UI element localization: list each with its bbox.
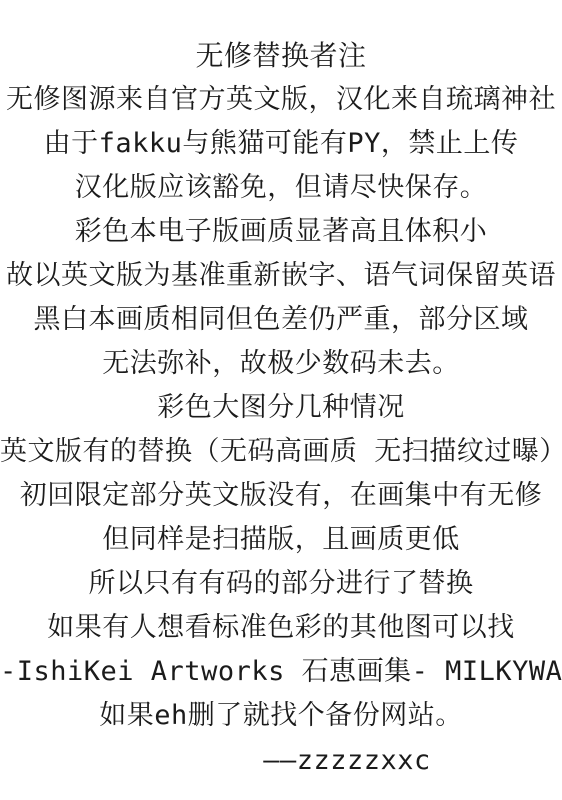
note-line: 彩色本电子版画质显著高且体积小 <box>0 210 562 254</box>
note-line: 彩色大图分几种情况 <box>0 386 562 430</box>
translator-note-page: 无修替换者注 无修图源来自官方英文版，汉化来自琉璃神社 由于fakku与熊猫可能… <box>0 0 562 800</box>
note-line: 所以只有有码的部分进行了替换 <box>0 562 562 606</box>
note-line: 但同样是扫描版，且画质更低 <box>0 518 562 562</box>
note-line: 无法弥补，故极少数码未去。 <box>0 342 562 386</box>
note-line: 汉化版应该豁免，但请尽快保存。 <box>0 166 562 210</box>
note-title: 无修替换者注 <box>0 34 562 78</box>
note-line: -IshiKei Artworks 石恵画集- MILKYWAY <box>0 650 562 694</box>
note-line: 由于fakku与熊猫可能有PY，禁止上传 <box>0 122 562 166</box>
note-line: 英文版有的替换（无码高画质 无扫描纹过曝） <box>0 430 562 474</box>
note-line: 无修图源来自官方英文版，汉化来自琉璃神社 <box>0 78 562 122</box>
note-line: 故以英文版为基准重新嵌字、语气词保留英语 <box>0 254 562 298</box>
note-line: 初回限定部分英文版没有，在画集中有无修 <box>0 474 562 518</box>
note-signature: ——zzzzzxxc <box>0 738 562 784</box>
note-line: 黑白本画质相同但色差仍严重，部分区域 <box>0 298 562 342</box>
note-line: 如果eh删了就找个备份网站。 <box>0 694 562 738</box>
note-line: 如果有人想看标准色彩的其他图可以找 <box>0 606 562 650</box>
